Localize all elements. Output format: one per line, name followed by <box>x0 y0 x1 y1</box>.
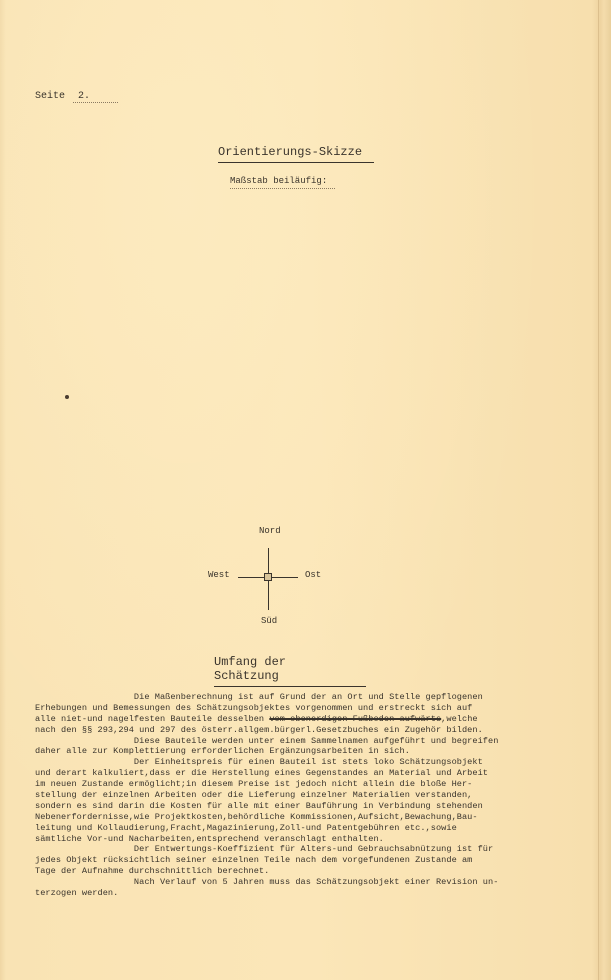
text-line: terzogen werden. <box>35 888 555 899</box>
scope-body-text: Die Maßenberechnung ist auf Grund der an… <box>35 692 555 899</box>
page-edge <box>598 0 599 980</box>
page-number: Seite2. <box>35 91 118 103</box>
text-line: Nach Verlauf von 5 Jahren muss das Schät… <box>35 877 555 888</box>
scale-label: Maßstab beiläufig: <box>230 176 335 189</box>
page-number-value: 2. <box>73 91 118 103</box>
ink-spot <box>65 395 69 399</box>
compass-north: Nord <box>259 526 281 536</box>
text-line: und derart kalkuliert,dass er die Herste… <box>35 768 555 779</box>
text-line: nach den §§ 293,294 und 297 des österr.a… <box>35 725 555 736</box>
document-page: Seite2. Orientierungs-Skizze Maßstab bei… <box>0 0 611 980</box>
text-line: im neuen Zustande ermöglicht;in diesem P… <box>35 779 555 790</box>
scope-title: Umfang der Schätzung <box>214 655 366 687</box>
text-line: Die Maßenberechnung ist auf Grund der an… <box>35 692 555 703</box>
text-line: leitung und Kollaudierung,Fracht,Magazin… <box>35 823 555 834</box>
location-marker-icon <box>264 573 272 581</box>
struck-text: vom obenerdigen Fußboden aufwärts <box>269 714 441 724</box>
text-line: Erhebungen und Bemessungen des Schätzung… <box>35 703 555 714</box>
compass-west: West <box>208 570 230 580</box>
sketch-title: Orientierungs-Skizze <box>218 145 374 163</box>
text-line: Der Entwertungs-Koeffizient für Alters-u… <box>35 844 555 855</box>
text-line: Diese Bauteile werden unter einem Sammel… <box>35 736 555 747</box>
text-line: alle niet-und nagelfesten Bauteile desse… <box>35 714 555 725</box>
text-line: stellung der einzelnen Arbeiten oder die… <box>35 790 555 801</box>
text-line: Nebenerfordernisse,wie Projektkosten,beh… <box>35 812 555 823</box>
text-line: sondern es sind darin die Kosten für all… <box>35 801 555 812</box>
compass-south: Süd <box>261 616 277 626</box>
compass-east: Ost <box>305 570 321 580</box>
text-line: Der Einheitspreis für einen Bauteil ist … <box>35 757 555 768</box>
text-line: jedes Objekt rücksichtlich seiner einzel… <box>35 855 555 866</box>
text-line: Tage der Aufnahme durchschnittlich berec… <box>35 866 555 877</box>
page-number-label: Seite <box>35 91 65 102</box>
text-line: sämtliche Vor-und Nacharbeiten,entsprech… <box>35 834 555 845</box>
text-line: daher alle zur Komplettierung erforderli… <box>35 746 555 757</box>
compass-rose: Nord Süd West Ost <box>200 520 340 630</box>
